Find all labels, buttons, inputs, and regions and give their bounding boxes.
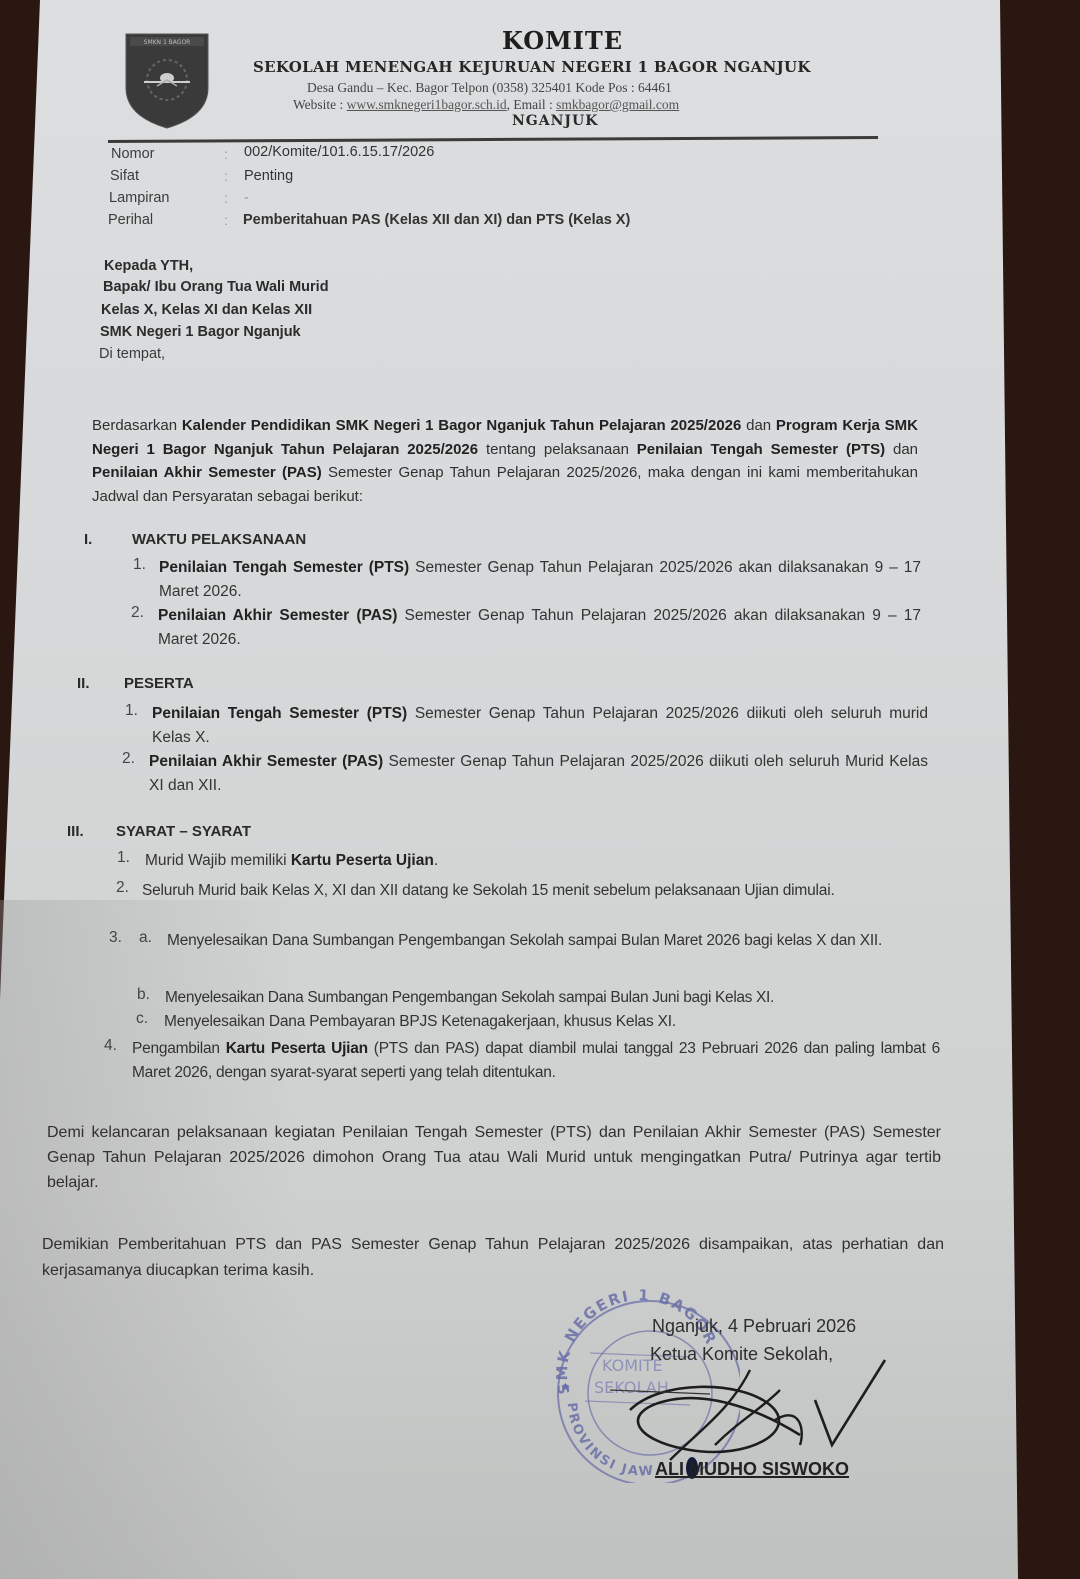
section-number: III. (67, 823, 84, 840)
section-number: II. (77, 675, 90, 692)
item-number: 3. (109, 929, 122, 947)
section-number: I. (84, 531, 92, 548)
intro-paragraph: Berdasarkan Kalender Pendidikan SMK Nege… (92, 414, 918, 508)
item-bold: Penilaian Tengah Semester (PTS) (152, 705, 407, 722)
item-number: 4. (104, 1037, 117, 1055)
list-item: Penilaian Akhir Semester (PAS) Semester … (149, 750, 928, 798)
recipient-line: Kelas X, Kelas XI dan Kelas XII (101, 302, 312, 318)
intro-bold: Penilaian Akhir Semester (PAS) (92, 464, 322, 481)
list-item: Seluruh Murid baik Kelas X, XI dan XII d… (142, 879, 937, 903)
section-title: SYARAT – SYARAT (116, 823, 251, 840)
meta-value-perihal: Pemberitahuan PAS (Kelas XII dan XI) dan… (243, 212, 630, 228)
meta-sep: : (224, 190, 228, 206)
meta-label-perihal: Perihal (108, 212, 153, 228)
item-text: Murid Wajib memiliki (145, 852, 291, 869)
signatory-name: ALI MUDHO SISWOKO (655, 1459, 849, 1480)
intro-bold: Penilaian Tengah Semester (PTS) (637, 441, 885, 458)
list-item: Penilaian Tengah Semester (PTS) Semester… (159, 556, 921, 604)
item-number: 2. (122, 750, 135, 768)
email-link[interactable]: smkbagor@gmail.com (556, 97, 679, 112)
svg-text:SMKN 1 BAGOR: SMKN 1 BAGOR (144, 39, 191, 46)
item-text: . (434, 852, 438, 869)
email-label: , Email : (507, 97, 557, 112)
meta-sep: : (224, 212, 228, 228)
section-title: WAKTU PELAKSANAAN (132, 531, 306, 548)
item-bold: Penilaian Akhir Semester (PAS) (158, 607, 397, 624)
website-label: Website : (293, 97, 347, 112)
letterhead-contact: Website : www.smknegeri1bagor.sch.id, Em… (293, 97, 679, 113)
website-link[interactable]: www.smknegeri1bagor.sch.id (347, 97, 507, 112)
intro-bold: Kalender Pendidikan SMK Negeri 1 Bagor N… (182, 417, 742, 434)
recipient-line: Di tempat, (99, 346, 165, 362)
list-subitem: Menyelesaikan Dana Sumbangan Pengembanga… (165, 986, 774, 1010)
list-item: Pengambilan Kartu Peserta Ujian (PTS dan… (132, 1037, 940, 1085)
meta-value-nomor: 002/Komite/101.6.15.17/2026 (244, 144, 434, 160)
meta-value-sifat: Penting (244, 168, 293, 184)
school-logo-icon: SMKN 1 BAGOR (122, 30, 212, 130)
meta-value-lampiran: - (244, 190, 249, 206)
item-number: 1. (133, 556, 146, 574)
intro-text: tentang pelaksanaan (478, 441, 637, 458)
item-letter: b. (137, 986, 150, 1004)
intro-text: Berdasarkan (92, 417, 182, 434)
item-number: 1. (125, 702, 138, 720)
closing-paragraph-1: Demi kelancaran pelaksanaan kegiatan Pen… (47, 1120, 941, 1195)
recipient-line: Kepada YTH, (104, 258, 193, 274)
letterhead-address: Desa Gandu – Kec. Bagor Telpon (0358) 32… (307, 80, 672, 96)
closing-paragraph-2: Demikian Pemberitahuan PTS dan PAS Semes… (42, 1232, 944, 1284)
list-item: Murid Wajib memiliki Kartu Peserta Ujian… (145, 849, 438, 873)
item-number: 1. (117, 849, 130, 867)
item-bold: Penilaian Tengah Semester (PTS) (159, 559, 409, 576)
item-bold: Penilaian Akhir Semester (PAS) (149, 753, 383, 770)
letterhead-title: KOMITE (502, 26, 623, 55)
item-number: 2. (116, 879, 129, 897)
intro-text: dan (741, 417, 776, 434)
item-number: 2. (131, 604, 144, 622)
letterhead-school-name: SEKOLAH MENENGAH KEJURUAN NEGERI 1 BAGOR… (253, 58, 811, 76)
letterhead-city: NGANJUK (512, 113, 598, 129)
meta-label-lampiran: Lampiran (109, 190, 169, 206)
list-item: Penilaian Tengah Semester (PTS) Semester… (152, 702, 928, 750)
item-bold: Kartu Peserta Ujian (226, 1040, 368, 1057)
recipient-line: SMK Negeri 1 Bagor Nganjuk (100, 324, 301, 340)
intro-text: dan (885, 441, 918, 458)
item-bold: Kartu Peserta Ujian (291, 852, 434, 869)
meta-sep: : (224, 168, 228, 184)
list-subitem: Menyelesaikan Dana Sumbangan Pengembanga… (167, 929, 937, 953)
signature-place-date: Nganjuk, 4 Pebruari 2026 (652, 1316, 856, 1337)
item-letter: c. (136, 1010, 148, 1028)
meta-sep: : (224, 146, 228, 162)
list-item: Penilaian Akhir Semester (PAS) Semester … (158, 604, 921, 652)
recipient-line: Bapak/ Ibu Orang Tua Wali Murid (103, 279, 329, 295)
item-text: Pengambilan (132, 1040, 226, 1057)
section-title: PESERTA (124, 675, 194, 692)
meta-label-sifat: Sifat (110, 168, 139, 184)
meta-label-nomor: Nomor (111, 146, 155, 162)
item-letter: a. (139, 929, 152, 947)
svg-text:★: ★ (560, 1380, 571, 1394)
list-subitem: Menyelesaikan Dana Pembayaran BPJS Keten… (164, 1010, 676, 1034)
